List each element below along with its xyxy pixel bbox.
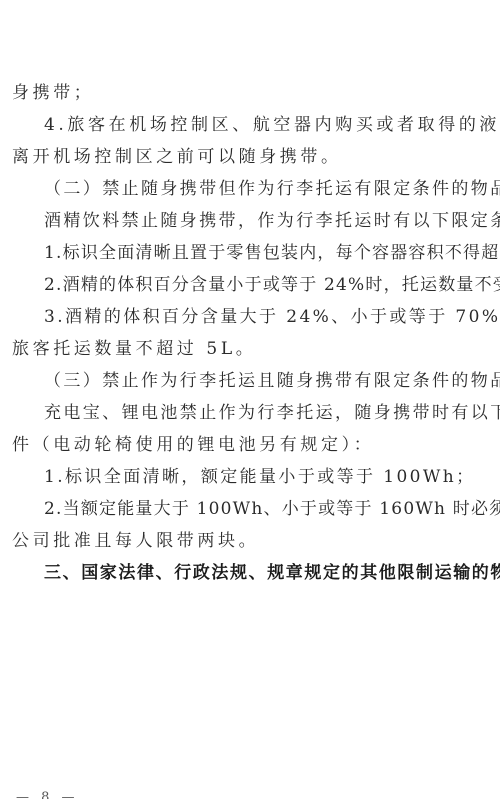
section-heading-main-3: 三、国家法律、行政法规、规章规定的其他限制运输的物品。	[44, 562, 500, 584]
document-page: 身携带； 4.旅客在机场控制区、航空器内购买或者取得的液态物品在 离开机场控制区…	[0, 0, 500, 799]
page-number: — 8 —	[16, 790, 79, 799]
paragraph-line-3: 离开机场控制区之前可以随身携带。	[12, 146, 342, 168]
paragraph-line-9: 旅客托运数量不超过 5L。	[12, 338, 256, 360]
paragraph-line-15: 公司批准且每人限带两块。	[12, 530, 259, 552]
list-item-battery-1: 1.标识全面清晰，额定能量小于或等于 100Wh；	[44, 466, 476, 488]
paragraph-line-1: 身携带；	[12, 82, 94, 104]
list-item-battery-2: 2.当额定能量大于 100Wh、小于或等于 160Wh 时必须经航空	[44, 498, 500, 520]
section-heading-2: （二）禁止随身携带但作为行李托运有限定条件的物品	[44, 178, 500, 200]
paragraph-line-5: 酒精饮料禁止随身携带，作为行李托运时有以下限定条件：	[44, 210, 500, 232]
list-item-2: 2.酒精的体积百分含量小于或等于 24%时，托运数量不受限制；	[44, 274, 500, 296]
list-item-1: 1.标识全面清晰且置于零售包装内，每个容器容积不得超过 5L；	[44, 242, 500, 264]
section-heading-3: （三）禁止作为行李托运且随身携带有限定条件的物品	[44, 370, 500, 392]
paragraph-line-12: 件（电动轮椅使用的锂电池另有规定）：	[12, 434, 374, 456]
list-item-3: 3.酒精的体积百分含量大于 24%、小于或等于 70%时，每位	[44, 306, 500, 328]
paragraph-line-2: 4.旅客在机场控制区、航空器内购买或者取得的液态物品在	[44, 114, 500, 136]
paragraph-line-11: 充电宝、锂电池禁止作为行李托运，随身携带时有以下限定条	[44, 402, 500, 424]
